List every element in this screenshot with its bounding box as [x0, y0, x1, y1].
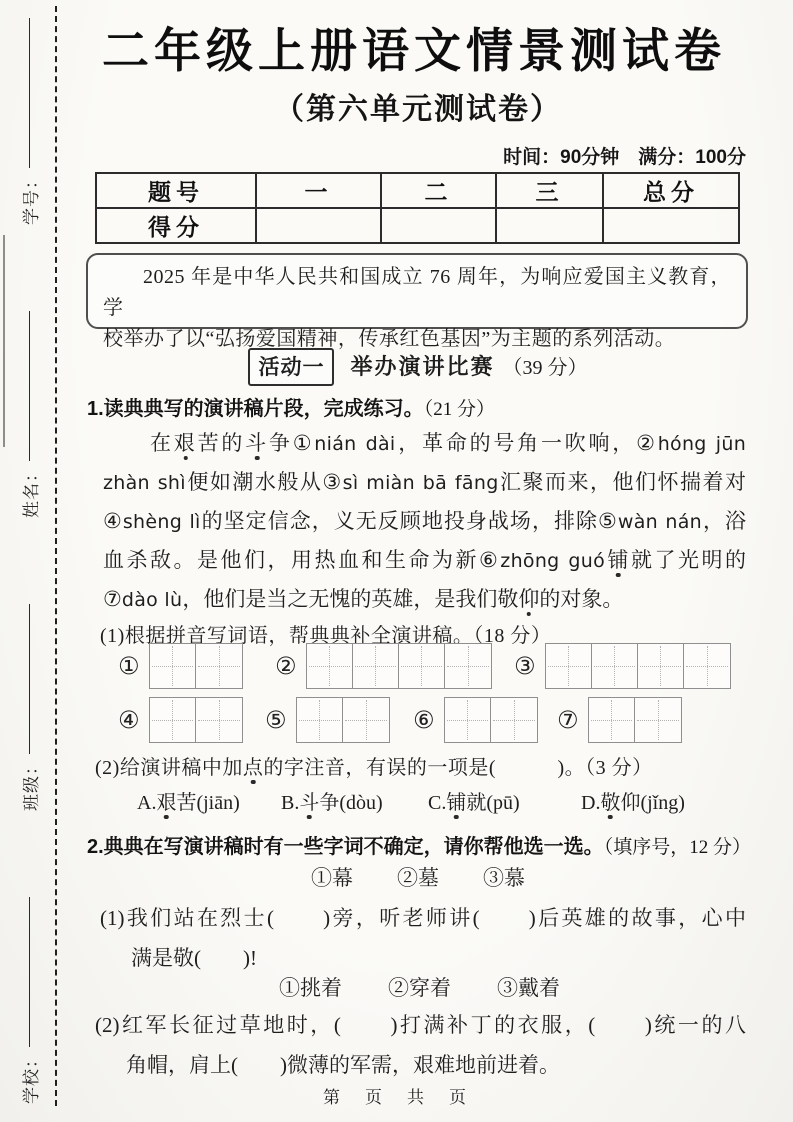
text-segment: 铺 — [446, 792, 466, 814]
text-segment: 铺 — [605, 548, 631, 572]
score-table-col-1: 一 — [256, 173, 381, 208]
score-table-col-2: 二 — [381, 173, 496, 208]
text-line: (2)红军长征过草地时，( )打满补丁的衣服，( )统一的八 — [95, 1005, 746, 1045]
text-segment: 艰 — [174, 431, 198, 455]
student-id-label: 学号： — [17, 171, 42, 225]
choice-b: B.斗争(dòu) — [281, 786, 383, 815]
activity-badge: 活动一 — [248, 348, 334, 386]
text-segment: ⑦ — [103, 587, 122, 611]
scan-edge-line — [3, 235, 5, 447]
text-segment: 就(pū) — [466, 792, 519, 814]
name-label: 姓名： — [17, 464, 42, 518]
word-option: ②穿着 — [388, 972, 451, 1002]
word-options-row-2: ①挑着 ②穿着 ③戴着 — [279, 972, 560, 1002]
writing-cell — [353, 644, 399, 688]
writing-grid-group-2: ② — [275, 643, 492, 689]
writing-cell — [546, 644, 592, 688]
intro-text: 2025 年是中华人民共和国成立 76 周年，为响应爱国主义教育，学校举办了以“… — [103, 262, 731, 355]
text-line: 角帽，肩上( )微薄的军需，艰难地前进着。 — [95, 1045, 746, 1085]
question-1-heading: 1.读典典写的演讲稿片段，完成练习。（21 分） — [87, 392, 495, 421]
score-table-header-row: 题号 一 二 三 总分 — [96, 173, 739, 208]
word-options-row-1: ①幕 ②墓 ③慕 — [311, 862, 525, 892]
writing-cell — [343, 698, 389, 742]
word-option: ③慕 — [483, 862, 525, 892]
grid-number: ② — [275, 652, 297, 680]
page-subtitle: （第六单元测试卷） — [88, 84, 748, 128]
question-1-2: (2)给演讲稿中加点的字注音，有误的一项是( )。（3 分） — [95, 751, 653, 780]
grid-number: ④ — [118, 706, 140, 734]
class-fill-line — [29, 604, 30, 754]
writing-cell — [445, 644, 491, 688]
text-segment: 2.典典在写演讲稿时有一些字词不确定，请你帮他选一选。 — [87, 836, 604, 858]
word-option: ②墓 — [397, 862, 439, 892]
text-segment: ，他们是当之无愧的英雄，是我们敬 — [182, 587, 518, 611]
intro-context-box: 2025 年是中华人民共和国成立 76 周年，为响应爱国主义教育，学校举办了以“… — [86, 253, 748, 329]
question-2-heading: 2.典典在写演讲稿时有一些字词不确定，请你帮他选一选。（填序号，12 分） — [87, 830, 751, 859]
text-segment: 艰 — [156, 792, 176, 814]
writing-cell — [307, 644, 353, 688]
text-segment: (2)给演讲稿中加 — [95, 757, 243, 779]
writing-cell — [150, 698, 196, 742]
text-line: 在艰苦的斗争①nián dài，革命的号角一吹响，②hóng jūn — [103, 424, 746, 463]
text-segment: 便如潮水般从 — [186, 470, 322, 494]
exam-time-score-meta: 时间：90分钟 满分：100分 — [503, 142, 746, 169]
writing-cell — [592, 644, 638, 688]
writing-grid-box — [149, 697, 243, 743]
score-table-col-3: 三 — [496, 173, 603, 208]
text-line: (1)我们站在烈士( )旁，听老师讲( )后英雄的故事，心中 — [100, 898, 746, 938]
writing-grid-box — [545, 643, 731, 689]
writing-grid-group-6: ⑥ — [413, 697, 538, 743]
writing-cell — [684, 644, 730, 688]
writing-cell — [491, 698, 537, 742]
text-segment: 争(dòu) — [319, 792, 382, 814]
writing-cell — [635, 698, 681, 742]
text-line: zhàn shì便如潮水般从③sì miàn bā fāng汇聚而来，他们怀揣着… — [103, 463, 746, 502]
word-option: ①幕 — [311, 862, 353, 892]
writing-cell — [196, 644, 242, 688]
text-segment: D. — [581, 792, 600, 814]
writing-cell — [196, 698, 242, 742]
page-footer: 第 页 共 页 — [0, 1083, 793, 1108]
choice-a: A.艰苦(jiān) — [137, 786, 240, 815]
text-segment: 仰(jǐng) — [620, 792, 684, 814]
text-segment: ，革命的号角一吹响， — [396, 431, 637, 455]
name-fill-line — [29, 311, 30, 461]
text-segment: zhàn shì — [103, 472, 186, 494]
exam-paper-page: 学校： 班级： 姓名： 学号： 二年级上册语文情景测试卷 （第六单元测试卷） 时… — [0, 0, 793, 1122]
text-segment: 在 — [150, 431, 174, 455]
text-segment: 就了光明的 — [631, 548, 746, 572]
writing-cell — [150, 644, 196, 688]
text-segment: ④ — [103, 509, 123, 533]
word-option: ①挑着 — [279, 972, 342, 1002]
grid-number: ⑦ — [557, 706, 579, 734]
text-segment: 点 — [243, 757, 264, 779]
student-info-sidebar: 学校： 班级： 姓名： 学号： — [8, 18, 50, 1104]
page-title: 二年级上册语文情景测试卷 — [80, 14, 748, 81]
text-segment: ③ — [322, 470, 342, 494]
grid-number: ③ — [514, 652, 536, 680]
text-segment: sì miàn bā fāng — [343, 472, 499, 494]
text-segment: 汇聚而来，他们怀揣着对 — [499, 470, 746, 494]
score-blank-cell — [381, 208, 496, 243]
text-segment: 苦(jiān) — [176, 792, 239, 814]
grid-number: ⑤ — [265, 706, 287, 734]
score-blank-cell — [496, 208, 603, 243]
score-row-label: 得分 — [96, 208, 256, 243]
text-line: 2025 年是中华人民共和国成立 76 周年，为响应爱国主义教育，学 — [103, 262, 731, 324]
score-table-corner: 题号 — [96, 173, 256, 208]
text-segment: 斗 — [299, 792, 319, 814]
question-2-2: (2)红军长征过草地时，( )打满补丁的衣服，( )统一的八角帽，肩上( )微薄… — [95, 1005, 746, 1085]
sidebar-field-school: 学校： — [17, 897, 42, 1104]
activity-title: 举办演讲比赛 — [350, 354, 494, 379]
writing-cell — [589, 698, 635, 742]
class-label: 班级： — [17, 757, 42, 811]
writing-cell — [297, 698, 343, 742]
text-line: 血杀敌。是他们，用热血和生命为新⑥zhōng guó铺就了光明的 — [103, 541, 746, 580]
text-segment: （填序号，12 分） — [604, 837, 751, 858]
grid-number: ⑥ — [413, 706, 435, 734]
text-segment: 苦的 — [198, 431, 246, 455]
word-option: ③戴着 — [497, 972, 560, 1002]
writing-cell — [399, 644, 445, 688]
text-segment: zhōng guó — [500, 550, 605, 572]
writing-grid-box — [444, 697, 538, 743]
text-segment: ② — [636, 431, 658, 455]
text-segment: ① — [293, 431, 315, 455]
score-blank-cell — [256, 208, 381, 243]
speech-passage: 在艰苦的斗争①nián dài，革命的号角一吹响，②hóng jūnzhàn s… — [103, 424, 746, 619]
grid-number: ① — [118, 652, 140, 680]
score-table-score-row: 得分 — [96, 208, 739, 243]
writing-grid-group-5: ⑤ — [265, 697, 390, 743]
text-segment: 的对象。 — [539, 587, 623, 611]
text-segment: C. — [428, 792, 446, 814]
text-segment: A. — [137, 792, 156, 814]
text-segment: 的字注音，有误的一项是( )。 — [263, 757, 585, 779]
text-line: ④shèng lì的坚定信念，义无反顾地投身战场，排除⑤wàn nán，浴 — [103, 502, 746, 541]
writing-grid-group-1: ① — [118, 643, 243, 689]
writing-grid-group-4: ④ — [118, 697, 243, 743]
text-segment: 血杀敌。是他们，用热血和生命为新 — [103, 548, 479, 572]
writing-grid-box — [306, 643, 492, 689]
text-segment: nián dài — [314, 433, 395, 455]
writing-cell — [445, 698, 491, 742]
writing-grid-group-3: ③ — [514, 643, 731, 689]
text-segment: shèng lì — [123, 511, 201, 533]
text-line: ⑦dào lù，他们是当之无愧的英雄，是我们敬仰的对象。 — [103, 580, 746, 619]
score-table-col-total: 总分 — [603, 173, 739, 208]
text-segment: 争 — [269, 431, 293, 455]
choice-d: D.敬仰(jǐng) — [581, 786, 685, 815]
text-segment: hóng jūn — [658, 433, 746, 455]
score-blank-cell — [603, 208, 739, 243]
sidebar-field-class: 班级： — [17, 604, 42, 811]
text-segment: 敬 — [600, 792, 620, 814]
margin-dashed-line — [55, 6, 57, 1106]
text-segment: ⑤ — [598, 509, 618, 533]
text-segment: wàn nán — [618, 511, 702, 533]
text-segment: B. — [281, 792, 299, 814]
text-segment: 1.读典典写的演讲稿片段，完成练习。 — [87, 398, 424, 420]
school-fill-line — [29, 897, 30, 1047]
question-2-1: (1)我们站在烈士( )旁，听老师讲( )后英雄的故事，心中满是敬( )! — [100, 898, 746, 978]
text-segment: 仰 — [518, 587, 539, 611]
text-segment: dào lù — [122, 589, 183, 611]
text-segment: 的坚定信念，义无反顾地投身战场，排除 — [201, 509, 598, 533]
score-table: 题号 一 二 三 总分 得分 — [95, 172, 740, 244]
text-segment: （21 分） — [424, 399, 495, 420]
sidebar-field-student-id: 学号： — [17, 18, 42, 225]
choice-c: C.铺就(pū) — [428, 786, 520, 815]
writing-grid-box — [588, 697, 682, 743]
text-segment: 斗 — [245, 431, 269, 455]
writing-cell — [638, 644, 684, 688]
sidebar-field-name: 姓名： — [17, 311, 42, 518]
text-segment: ⑥ — [479, 548, 500, 572]
text-segment: ，浴 — [702, 509, 746, 533]
student-id-fill-line — [29, 18, 30, 168]
writing-grid-box — [149, 643, 243, 689]
text-segment: （3 分） — [585, 757, 653, 779]
writing-grid-group-7: ⑦ — [557, 697, 682, 743]
activity-header: 活动一 举办演讲比赛 （39 分） — [88, 348, 748, 386]
activity-score: （39 分） — [503, 357, 588, 379]
writing-grid-box — [296, 697, 390, 743]
